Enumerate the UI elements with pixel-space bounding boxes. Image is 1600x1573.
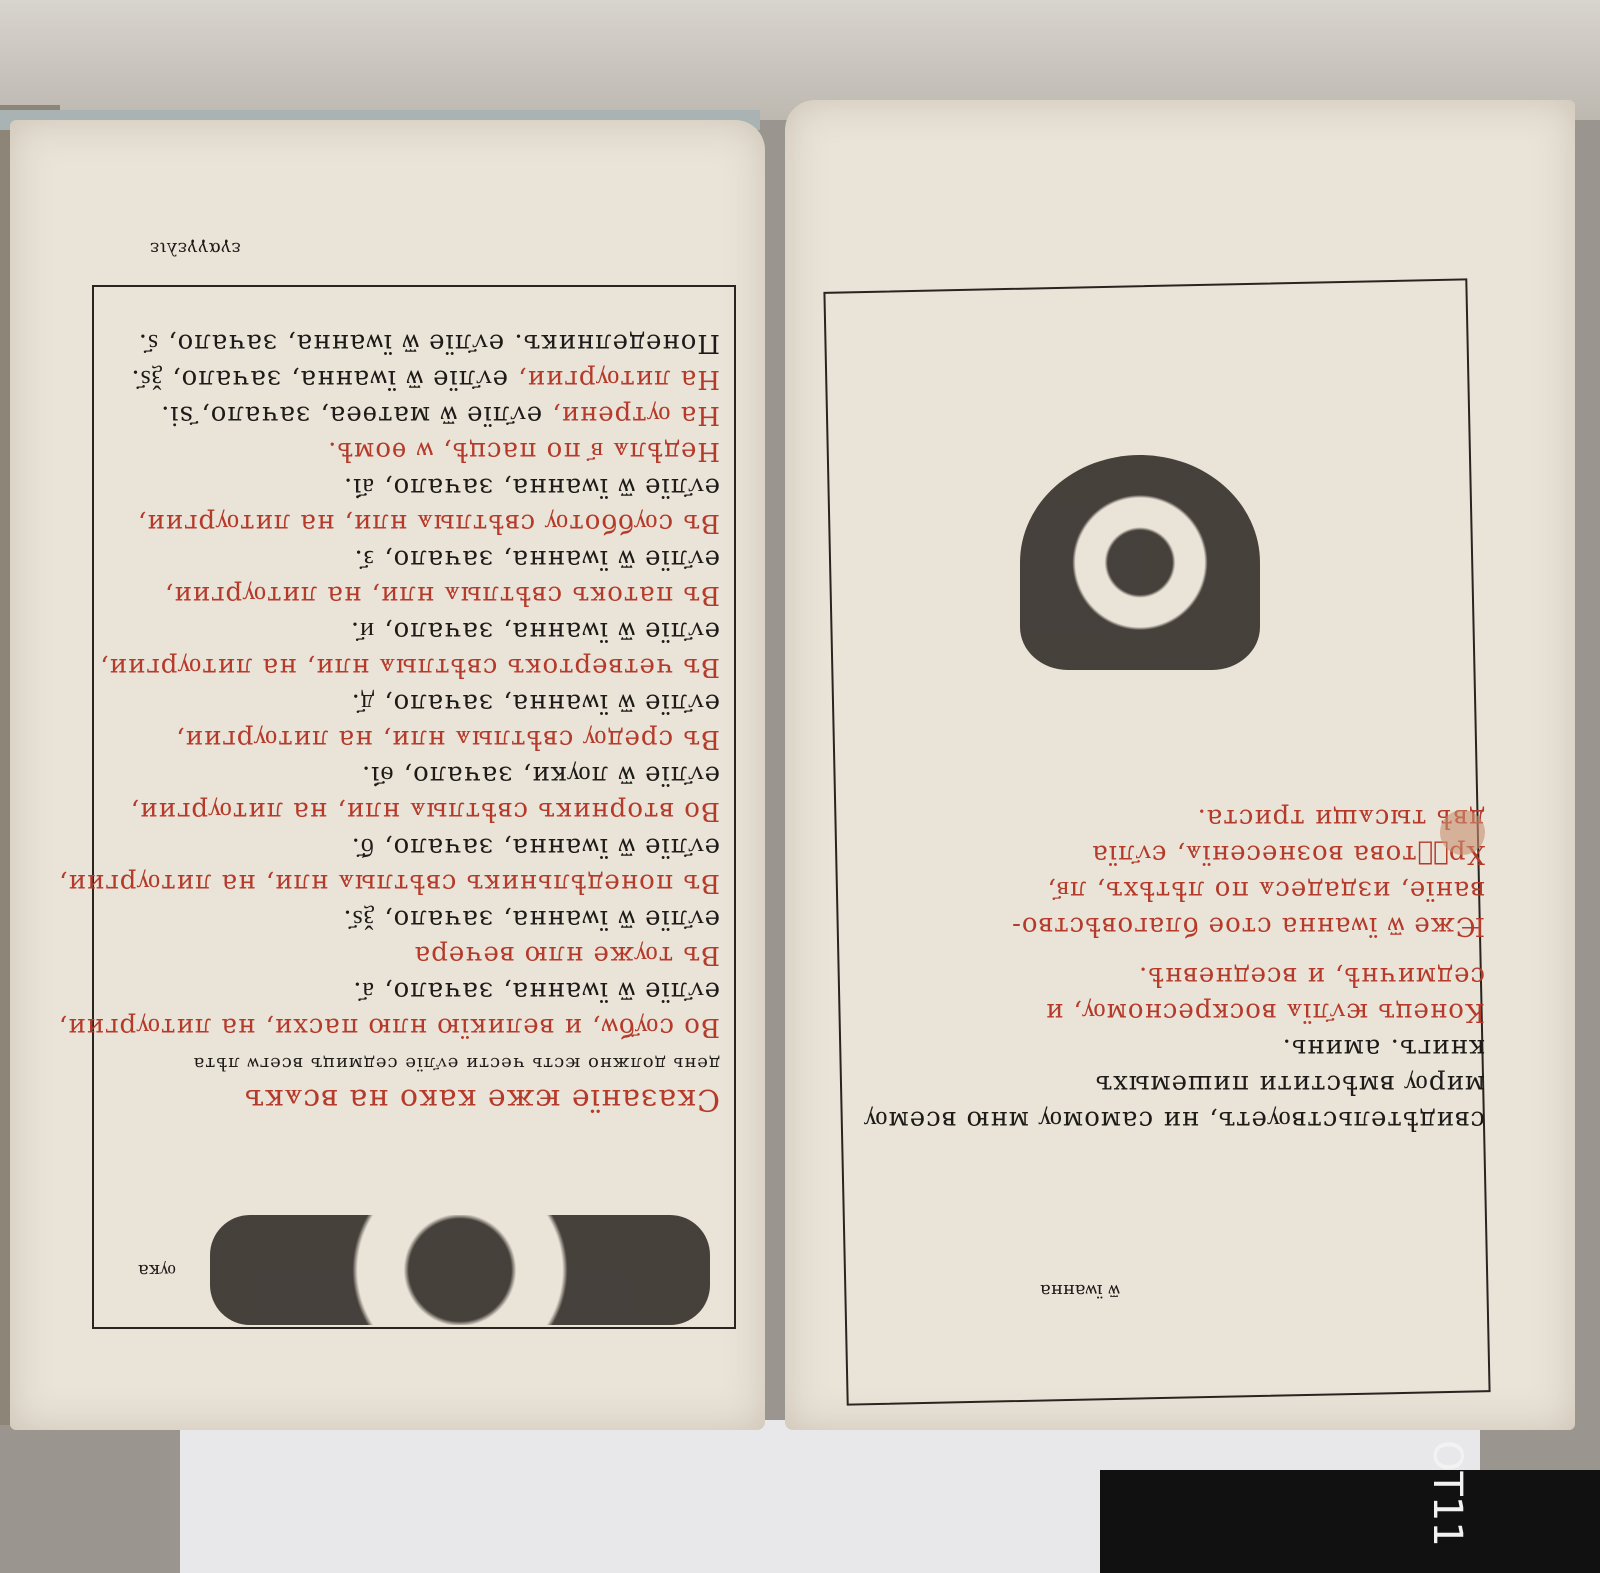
- colophon-line: ванїе, издадесѧ по лѣтѣхъ, лв҃,: [845, 872, 1485, 908]
- reading: еѵ҃лїе ѿ їѡанна, зачало, б҃.: [160, 829, 720, 865]
- left-text-block: Сказанїе ѥже како на всѧкъ день должно ѥ…: [160, 325, 720, 1117]
- page-stain: [1440, 810, 1485, 855]
- watermark-text: OT11: [1424, 1440, 1470, 1547]
- rubric: На литѹргии,: [517, 364, 720, 394]
- closing-red-line: седмичнѣ, и вседневнѣ.: [845, 958, 1485, 994]
- reading: еѵ҃лїе ѿ їѡанна, зачало, д҃.: [160, 685, 720, 721]
- colophon-line: двѣ тысѧщи триста.: [845, 800, 1485, 836]
- closing-line: мирѹ вмѣстити пишемыхъ: [845, 1066, 1485, 1102]
- reading: еѵ҃лїе ѿ їѡанна, зачало, з҃.: [160, 541, 720, 577]
- rubric: Въ патокъ свѣтлыѧ нли, на литѹргии,: [160, 577, 720, 613]
- right-text-block: свидѣтельствѹетъ, ни самомѹ мню всемѹ ми…: [845, 800, 1485, 1138]
- closing-line: свидѣтельствѹетъ, ни самомѹ мню всемѹ: [845, 1102, 1485, 1138]
- tailpiece-ornament: [1020, 455, 1260, 670]
- reading: Понеделникъ. еѵ҃лїе ѿ їѡанна, зачало, ѕ҃…: [160, 325, 720, 361]
- rubric: Въ понедѣльникъ свѣтлыѧ нли, на литѹргии…: [160, 865, 720, 901]
- reading: еѵ҃лїе ѿ лѹки, зачало, ѳ҃і.: [160, 757, 720, 793]
- section-title: Сказанїе ѥже како на всѧкъ: [160, 1081, 720, 1117]
- section-intro: день должно ѥсть чести еѵ҃лїе седмицъ вс…: [160, 1045, 720, 1081]
- left-running-head: εγαγγελιε: [150, 238, 241, 259]
- closing-line: книгъ. аминь.: [845, 1030, 1485, 1066]
- reading: еѵ҃лїе ѿ їѡанна, зачало, и҃.: [160, 613, 720, 649]
- rubric: Въ тѹже нлю вечера: [160, 937, 720, 973]
- rubric: Во вторникъ свѣтлыѧ нли, на литѹргии,: [160, 793, 720, 829]
- reading: еѵ҃лїе ѿ матѳеа, зачало, ҃ѕі.: [160, 400, 542, 430]
- rubric: Въ средѹ свѣтлыѧ нли, на литѹргии,: [160, 721, 720, 757]
- left-page: εγαγγελιε ѹка Сказанїе ѥже како на всѧкъ…: [10, 120, 765, 1430]
- right-page: ѿ їѡанна свидѣтельствѹетъ, ни самомѹ мню…: [785, 100, 1575, 1430]
- reading: еѵ҃лїе ѿ їѡанна, зачало, а҃і.: [160, 469, 720, 505]
- rubric: Въ четвертокъ свѣтлыѧ нли, на литѹргии,: [160, 649, 720, 685]
- reading: еѵ҃лїе ѿ їѡанна, зачало, ѯѕ҃.: [130, 364, 508, 394]
- colophon-line: Хрⷭ҇това вознесенїѧ, єѵ҃лїа: [845, 836, 1485, 872]
- headpiece-ornament: [210, 1215, 710, 1325]
- rubric: На ѹтрени,: [551, 400, 720, 430]
- right-running-head: ѿ їѡанна: [1040, 1280, 1120, 1301]
- rubric: Въ сѹбботѹ свѣтлыѧ нли, на литѹргии,: [160, 505, 720, 541]
- colophon-line: Ѥже ѿ їѡанна стое благовѣство-: [845, 908, 1485, 944]
- closing-red-line: Конецъ ѥѵ҃лїѧ воскресномѹ, и: [845, 994, 1485, 1030]
- left-page-number: ѹка: [138, 1260, 176, 1281]
- rubric: Во сѹ҃бѡ, и великїю нлю пасхи, на литѹрг…: [58, 1012, 720, 1042]
- reading: еѵ҃лїе ѿ їѡанна, зачало, ѯѕ҃.: [160, 901, 720, 937]
- rubric: Недѣлѧ в҃ по пасцѣ, ѡ ѳомѣ.: [160, 433, 720, 469]
- reading: еѵ҃лїе ѿ їѡанна, зачало, а҃.: [160, 973, 720, 1009]
- background-dark-surface: [1100, 1470, 1600, 1573]
